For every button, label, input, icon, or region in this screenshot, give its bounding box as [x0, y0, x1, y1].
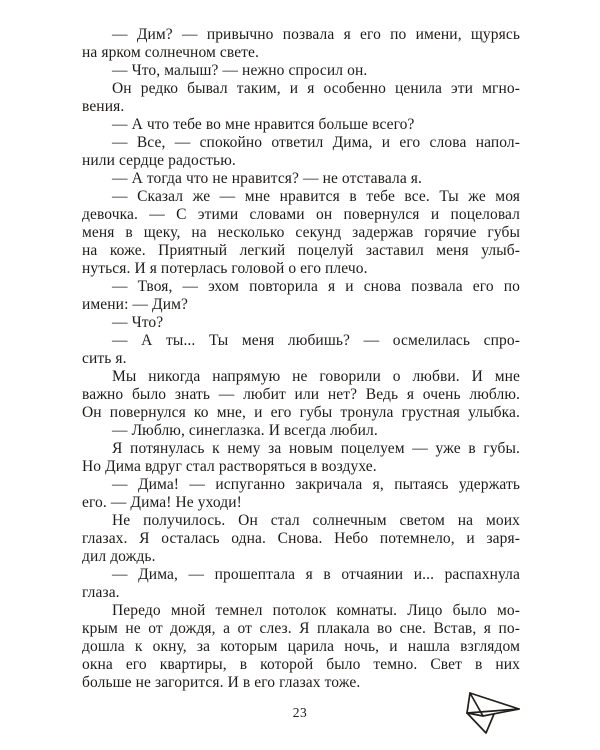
text-line: Я потянулась к нему за новым поцелуем — … — [82, 440, 520, 458]
text-line: Не получилось. Он стал солнечным светом … — [82, 512, 520, 530]
text-line: на коже. Приятный легкий поцелуй застави… — [82, 242, 520, 260]
text-line: больше не загорится. И в его глазах тоже… — [82, 674, 520, 692]
book-page: — Дим? — привычно позвала я его по имени… — [0, 0, 600, 750]
text-line: — Сказал же — мне нравится в тебе все. Т… — [82, 188, 520, 206]
text-line: — Дима, — прошептала я в отчаянии и... р… — [82, 566, 520, 584]
text-line: имени: — Дим? — [82, 296, 520, 314]
text-line: — А тогда что не нравится? — не отставал… — [82, 170, 520, 188]
text-line: — Что, малыш? — нежно спросил он. — [82, 62, 520, 80]
text-line: Он редко бывал таким, и я особенно ценил… — [82, 80, 520, 98]
text-line: — А что тебе во мне нравится больше всег… — [82, 116, 520, 134]
text-line: крым не от дождя, а от слез. Я плакала в… — [82, 620, 520, 638]
text-line: девочка. — С этими словами он повернулся… — [82, 206, 520, 224]
page-text: — Дим? — привычно позвала я его по имени… — [82, 26, 520, 692]
text-line: — Что? — [82, 314, 520, 332]
text-line: вения. — [82, 98, 520, 116]
paper-plane-icon — [456, 684, 528, 738]
text-line: — Твоя, — эхом повторила я и снова позва… — [82, 278, 520, 296]
text-line: Мы никогда напрямую не говорили о любви.… — [82, 368, 520, 386]
text-line: сить я. — [82, 350, 520, 368]
text-line: важно было знать — любит или нет? Ведь я… — [82, 386, 520, 404]
text-line: нуться. И я потерлась головой о его плеч… — [82, 260, 520, 278]
text-line: глазах. Я осталась одна. Снова. Небо пот… — [82, 530, 520, 548]
text-line: дил дождь. — [82, 548, 520, 566]
text-line: на ярком солнечном свете. — [82, 44, 520, 62]
text-line: — Люблю, синеглазка. И всегда любил. — [82, 422, 520, 440]
text-line: окна его квартиры, в которой было темно.… — [82, 656, 520, 674]
text-line: его. — Дима! Не уходи! — [82, 494, 520, 512]
text-line: — А ты... Ты меня любишь? — осмелилась с… — [82, 332, 520, 350]
text-line: нили сердце радостью. — [82, 152, 520, 170]
text-line: дошла к окну, за которым царила ночь, и … — [82, 638, 520, 656]
text-line: — Все, — спокойно ответил Дима, и его сл… — [82, 134, 520, 152]
text-line: глаза. — [82, 584, 520, 602]
text-line: — Дим? — привычно позвала я его по имени… — [82, 26, 520, 44]
text-line: Но Дима вдруг стал растворяться в воздух… — [82, 458, 520, 476]
text-line: меня в щеку, на несколько секунд задержа… — [82, 224, 520, 242]
text-line: Он повернулся ко мне, и его губы тронула… — [82, 404, 520, 422]
text-line: Передо мной темнел потолок комнаты. Лицо… — [82, 602, 520, 620]
text-line: — Дима! — испуганно закричала я, пытаясь… — [82, 476, 520, 494]
